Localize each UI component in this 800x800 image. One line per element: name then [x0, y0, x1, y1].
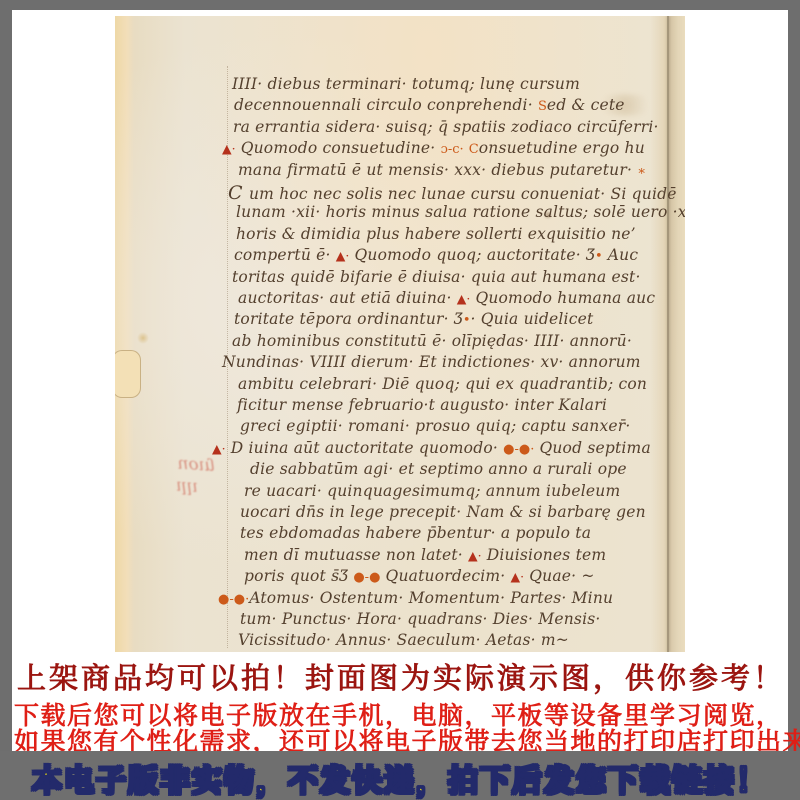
manuscript-line: re uacari· quinquagesimumq; annum iubele… [244, 482, 620, 500]
manuscript-line: uocari dn̄s in lege precepit· Nam & si b… [240, 503, 646, 521]
ink-text: greci egiptii· romani· prosuo quiq; capt… [240, 417, 631, 435]
ink-text: tes ebdomadas habere p̄bentur· a populo … [240, 524, 591, 542]
rubric-mark: ▲· [222, 141, 236, 156]
ink-text: uocari dn̄s in lege precepit· Nam & si b… [240, 503, 646, 521]
ink-text: · Quia uidelicet [471, 310, 594, 328]
ink-text: um hoc nec solis nec lunae cursu conueni… [249, 185, 677, 203]
ink-text: Diuisiones tem [482, 546, 607, 564]
rubric-mark: ●-● [353, 570, 380, 585]
ink-text: compertū ē· [234, 246, 336, 264]
manuscript-line: men dī mutuasse non latet· ▲· Diuisiones… [244, 546, 606, 564]
footer-band: 本电子版非实物，不发快递，拍下后发您下载链接！ [0, 751, 800, 800]
ink-text: men dī mutuasse non latet· [244, 546, 468, 564]
ink-text: toritas quidē bifarie ē diuisa· quia aut… [232, 268, 641, 286]
ink-text: Auc [603, 246, 639, 264]
manuscript-line: C um hoc nec solis nec lunae cursu conue… [228, 182, 677, 204]
rubric-mark: ●-●· [503, 442, 534, 457]
ink-text: toritate tēpora ordinantur· [234, 310, 454, 328]
manuscript-line: ficitur mense februario·t augusto· inter… [237, 396, 607, 414]
footer-text: 本电子版非实物，不发快递，拍下后发您下载链接！ [0, 756, 800, 800]
rubric-mark: C [469, 142, 479, 157]
ink-text: Quod septima [534, 439, 651, 457]
manuscript-line: compertū ē· ▲· Quomodo quoq; auctoritate… [234, 246, 638, 264]
ink-text: Ʒ [586, 246, 595, 264]
rubric-mark: • [463, 313, 471, 328]
manuscript-line: Nundinas· VIIII dierum· Et indictiones· … [222, 353, 641, 371]
manuscript-line: Vicissitudo· Annus· Saeculum· Aetas· m~ [238, 631, 569, 649]
manuscript-line: toritas quidē bifarie ē diuisa· quia aut… [232, 268, 641, 286]
manuscript-line: greci egiptii· romani· prosuo quiq; capt… [240, 417, 631, 435]
manuscript-line: toritate tēpora ordinantur· Ʒ•· Quia uid… [234, 310, 593, 328]
ink-text: ficitur mense februario·t augusto· inter… [237, 396, 607, 414]
ink-text: Quatuordecim· [380, 567, 510, 585]
rubric-mark: ▲· [468, 548, 482, 563]
manuscript-line: die sabbatūm agi· et septimo anno a rura… [250, 460, 627, 478]
ink-text: ab hominibus constitutū ē· olīpiędas· II… [232, 332, 632, 350]
ink-text: horis & dimidia plus habere sollerti exq… [236, 225, 636, 243]
manuscript-line: ●-●·Atomus· Ostentum· Momentum· Partes· … [218, 589, 613, 607]
manuscript-line: horis & dimidia plus habere sollerti exq… [236, 225, 636, 243]
ink-text: Ʒ [454, 310, 463, 328]
rubric-mark: ▲· [212, 441, 226, 456]
ink-text: tum· Punctus· Hora· quadrans· Dies· Mens… [240, 610, 601, 628]
ink-text: Nundinas· VIIII dierum· Et indictiones· … [222, 353, 641, 371]
ink-text: re uacari· quinquagesimumq; annum iubele… [244, 482, 620, 500]
ink-text: Vicissitudo· Annus· Saeculum· Aetas· m~ [238, 631, 569, 649]
ink-text: ed & cete [547, 96, 625, 114]
notice-line-1: 上架商品均可以拍！封面图为实际演示图，供你参考！ [17, 656, 785, 697]
ink-text: poris quot s̄Ʒ [244, 567, 353, 585]
ink-text: die sabbatūm agi· et septimo anno a rura… [250, 460, 627, 478]
ink-text: mana firmatū ē ut mensis· xxx· diebus pu… [238, 161, 637, 179]
manuscript-line: ▲· D iuina aūt auctoritate quomodo· ●-●·… [212, 439, 651, 457]
ink-text: lunam ·xii· horis minus salua ratione sa… [236, 203, 685, 221]
ink-text: Quae· ~ [524, 567, 594, 585]
manuscript-line: mana firmatū ē ut mensis· xxx· diebus pu… [238, 161, 646, 179]
manuscript-line: ab hominibus constitutū ē· olīpiędas· II… [232, 332, 632, 350]
rubric-mark: ∗ [637, 164, 646, 179]
ink-text: C [228, 182, 249, 204]
manuscript-line: decennouennali circulo conprehendi· Sed … [234, 96, 625, 114]
rubric-mark: ●-●· [218, 592, 249, 607]
rubric-mark: ▲· [511, 569, 525, 584]
rubric-mark: • [595, 249, 603, 264]
manuscript-line: auctoritas· aut etiā diuina· ▲· Quomodo … [238, 289, 655, 307]
manuscript-line: poris quot s̄Ʒ ●-● Quatuordecim· ▲· Quae… [244, 567, 595, 585]
manuscript-line: lunam ·xii· horis minus salua ratione sa… [236, 203, 685, 221]
manuscript-line: tes ebdomadas habere p̄bentur· a populo … [240, 524, 591, 542]
rubric-mark: ▲· [336, 248, 350, 263]
manuscript-line: tum· Punctus· Hora· quadrans· Dies· Mens… [240, 610, 601, 628]
manuscript-line: ra errantia sidera· suisq; q̄ spatiis zo… [233, 118, 659, 136]
ink-text: onsuetudine ergo hu [479, 139, 645, 157]
ink-text: Quomodo quoq; auctoritate· [349, 246, 586, 264]
rubric-mark: ɔ-c· [441, 142, 464, 157]
ink-text: auctoritas· aut etiā diuina· [238, 289, 457, 307]
ink-text: ra errantia sidera· suisq; q̄ spatiis zo… [233, 118, 659, 136]
rubric-mark: ▲· [457, 291, 471, 306]
ink-text: IIII· diebus terminari· totumq; lunę cur… [232, 75, 580, 93]
ink-text: Atomus· Ostentum· Momentum· Partes· Minu [249, 589, 613, 607]
manuscript-photo: ıllı uoıŋ IIII· diebus terminari· totumq… [115, 16, 685, 652]
ink-text: ambitu celebrari· Diē quoq; qui ex quadr… [238, 375, 647, 393]
manuscript-line: ▲· Quomodo consuetudine· ɔ-c· Consuetudi… [222, 139, 645, 157]
manuscript-line: ambitu celebrari· Diē quoq; qui ex quadr… [238, 375, 647, 393]
ink-text: D iuina aūt auctoritate quomodo· [226, 439, 504, 457]
manuscript-line: IIII· diebus terminari· totumq; lunę cur… [232, 75, 580, 93]
ink-text: decennouennali circulo conprehendi· [234, 96, 538, 114]
product-image: { "page": { "frame_color": "#6e6e6e", "p… [0, 0, 800, 800]
manuscript-text: IIII· diebus terminari· totumq; lunę cur… [115, 16, 685, 652]
ink-text: Quomodo humana auc [470, 289, 655, 307]
rubric-mark: S [538, 99, 547, 114]
ink-text: Quomodo consuetudine· [236, 139, 441, 157]
